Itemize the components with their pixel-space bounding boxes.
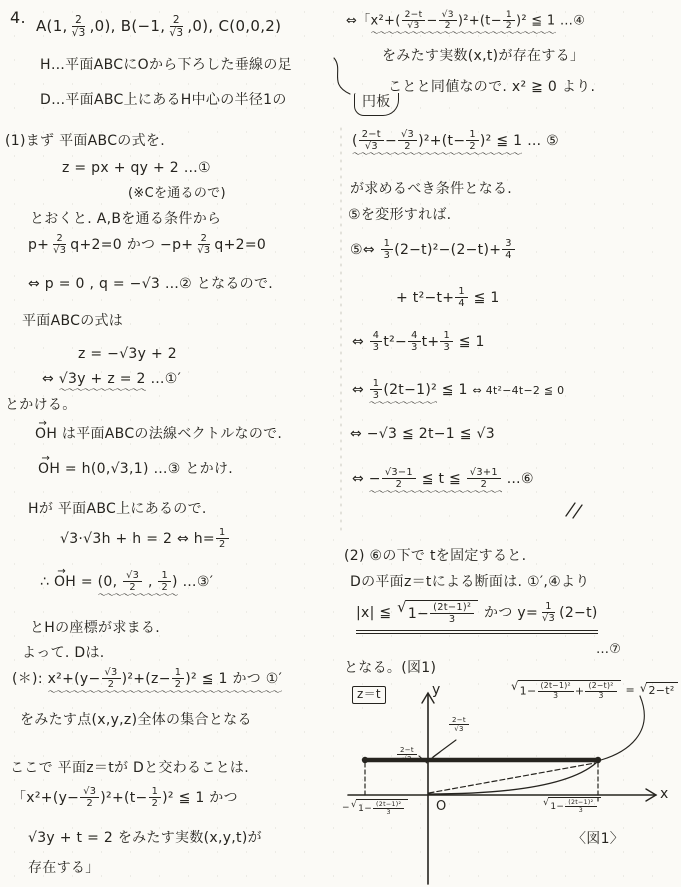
text-line: ⇔ p = 0 , q = −√3 …② となるので. [28, 276, 273, 294]
text-line: + t²−t+14 ≦ 1 [396, 286, 500, 310]
formula-pointer-curve [601, 696, 644, 760]
text-line: OH = h(0,√3,1) …③ とかけ. [38, 459, 233, 479]
text-line: z = −√3y + 2 [78, 346, 177, 364]
text-line: ⇔「x²+(2−t√3−√32)²+(t−12)² ≦ 1 …④ [346, 10, 585, 33]
text-line: A(1,2√3,0), B(−1,2√3,0), C(0,0,2) [36, 14, 281, 39]
text-line: ⑤を変形すれば. [348, 207, 451, 225]
x-axis-arrow [646, 789, 656, 801]
figure-label: √1−(2t−1)²3 [542, 797, 602, 814]
text-line: 「x²+(y−√32)²+(t−12)² ≦ 1 かつ [12, 786, 238, 810]
figure-label: −√1−(2t−1)²3 [342, 799, 409, 816]
text-line: (※Cを通るので) [128, 186, 226, 202]
text-line: z＝t [352, 686, 386, 704]
notebook-page: 4.A(1,2√3,0), B(−1,2√3,0), C(0,0,2)H…平面A… [0, 0, 681, 887]
text-line: √3y + t = 2 をみたす実数(x,y,t)が [28, 830, 262, 848]
text-line: z = px + qy + 2 …① [62, 160, 211, 178]
text-line: をみたす点(x,y,z)全体の集合となる [20, 712, 252, 730]
text-line: √3·√3h + h = 2 ⇔ h=12 [60, 527, 230, 551]
text-line: とかける。 [5, 397, 77, 415]
text-line: (＊): x²+(y−√32)²+(z−12)² ≦ 1 かつ ①′ [12, 667, 282, 692]
text-line: ⑤⇔ 13(2−t)²−(2−t)+34 [350, 238, 516, 262]
text-line: (2−t√3−√32)²+(t−12)² ≦ 1 … ⑤ [352, 129, 559, 154]
text-line: ⇔ −√3 ≦ 2t−1 ≦ √3 [350, 426, 495, 444]
text-line: H…平面ABCにOから下ろした垂線の足 [40, 57, 292, 75]
segment-right-endpoint [595, 757, 601, 763]
figure-label: 2−t√3 [448, 716, 470, 733]
text-line: ⇔ 43t²−43t+13 ≦ 1 [352, 330, 485, 354]
text-line: 平面ABCの式は [22, 313, 123, 331]
text-line: (2) ⑥の下で tを固定すると. [344, 548, 526, 566]
text-line: D…平面ABC上にあるH中心の半径1の [40, 92, 287, 110]
text-line: 存在する」 [28, 860, 100, 878]
text-line: |x| ≦ √1−(2t−1)²3 かつ y=1√3(2−t) [356, 600, 598, 634]
text-line: が求めるべき条件となる. [350, 181, 512, 199]
text-line: Hが 平面ABC上にあるので. [28, 501, 207, 519]
figure-label: 〈図1〉 [572, 831, 624, 849]
text-line: ここで 平面z＝tが Dと交わることは. [10, 760, 249, 778]
figure-label: x [660, 786, 669, 804]
text-line: 4. [10, 8, 26, 28]
figure-label: y [432, 682, 441, 700]
text-line: とおくと. A,Bを通る条件から [30, 211, 221, 229]
text-line: をみたす実数(x,t)が存在する」 [382, 48, 584, 66]
text-line: よって. Dは. [22, 645, 105, 663]
text-line: とHの座標が求まる. [30, 620, 160, 638]
figure-label: 2−t√3 [396, 746, 418, 763]
figure-label: √1−(2t−1)²3+(2−t)²3 = √2−t² [510, 680, 679, 701]
text-line: p+2√3q+2=0 かつ −p+2√3q+2=0 [28, 233, 266, 257]
figure-label: O [436, 799, 447, 815]
text-line: Dの平面z＝tによる断面は. ①′,④より [350, 574, 590, 592]
text-line: ∴ OH = (0, √32 , 12) …③′ [40, 570, 213, 595]
text-line: ことと同値なので. x² ≧ 0 より. [388, 79, 595, 97]
text-line: となる。(図1) [344, 660, 436, 678]
text-line: OH は平面ABCの法線ベクトルなので. [35, 424, 282, 444]
radius-dashed-line [429, 763, 595, 793]
text-line: …⑦ [596, 642, 621, 658]
text-line: ⇔ √3y + z = 2 …①′ [42, 371, 181, 390]
label-tick [419, 756, 427, 763]
text-line: (1)まず 平面ABCの式を. [5, 133, 165, 151]
text-line: ⇔ −√3−12 ≦ t ≦ √3+12 …⑥ [352, 467, 534, 492]
label-arrow [432, 740, 456, 761]
curve-to-endpoint [429, 763, 596, 794]
wrap-connector-line [334, 58, 350, 94]
end-slash-mark [566, 503, 582, 518]
segment-left-endpoint [362, 757, 368, 763]
text-line: ⇔ 13(2t−1)² ≦ 1 ⇔ 4t²−4t−2 ≦ 0 [352, 378, 564, 403]
